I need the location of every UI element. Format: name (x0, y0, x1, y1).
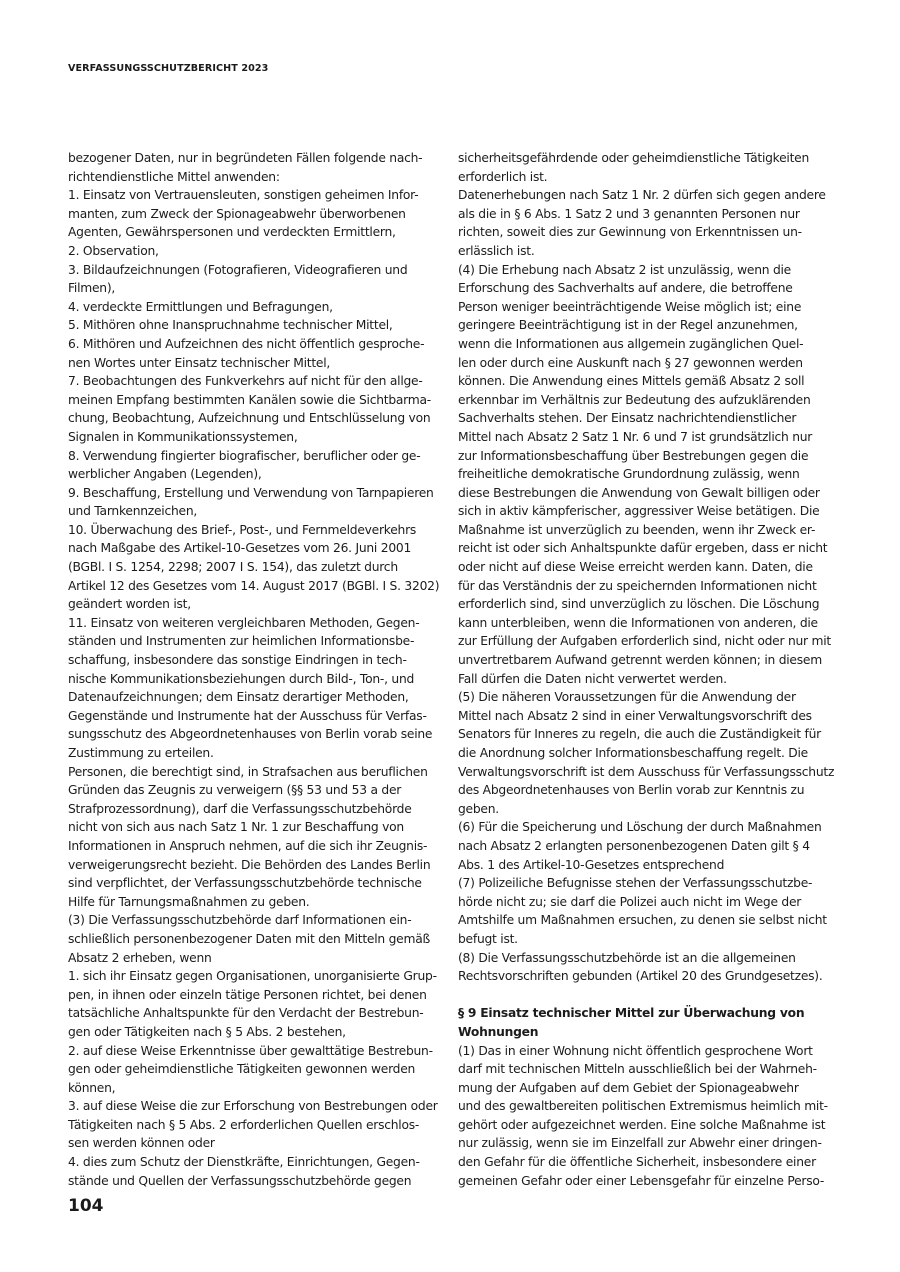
page-number: 104 (68, 1196, 104, 1216)
text-line: zur Erfüllung der Aufgaben erforderlich … (458, 632, 840, 651)
text-line: gen oder geheimdienstliche Tätigkeiten g… (68, 1060, 450, 1079)
text-line: gehört oder aufgezeichnet werden. Eine s… (458, 1116, 840, 1135)
text-line: nische Kommunikationsbeziehungen durch B… (68, 670, 450, 689)
text-line: 5. Mithören ohne Inanspruchnahme technis… (68, 316, 450, 335)
text-line: unvertretbarem Aufwand getrennt werden k… (458, 651, 840, 670)
text-line: richten, soweit dies zur Gewinnung von E… (458, 223, 840, 242)
text-line: Fall dürfen die Daten nicht verwertet we… (458, 670, 840, 689)
text-line: Sachverhalts stehen. Der Einsatz nachric… (458, 409, 840, 428)
text-line: Agenten, Gewährspersonen und verdeckten … (68, 223, 450, 242)
right-column: sicherheitsgefährdende oder geheimdienst… (458, 149, 840, 1190)
text-line: hörde nicht zu; sie darf die Polizei auc… (458, 893, 840, 912)
text-line: meinen Empfang bestimmten Kanälen sowie … (68, 391, 450, 410)
text-line: Datenerhebungen nach Satz 1 Nr. 2 dürfen… (458, 186, 840, 205)
text-line: Senators für Inneres zu regeln, die auch… (458, 725, 840, 744)
text-line: 1. Einsatz von Vertrauensleuten, sonstig… (68, 186, 450, 205)
text-line: Filmen), (68, 279, 450, 298)
section-heading-line: § 9 Einsatz technischer Mittel zur Überw… (458, 1004, 840, 1023)
text-line: Tätigkeiten nach § 5 Abs. 2 erforderlich… (68, 1116, 450, 1135)
text-line: (3) Die Verfassungsschutzbehörde darf In… (68, 911, 450, 930)
text-line: 9. Beschaffung, Erstellung und Verwendun… (68, 484, 450, 503)
text-line: 2. auf diese Weise Erkenntnisse über gew… (68, 1042, 450, 1061)
text-line: des Abgeordnetenhauses von Berlin vorab … (458, 781, 840, 800)
text-line: schaffung, insbesondere das sonstige Ein… (68, 651, 450, 670)
text-line: nen Wortes unter Einsatz technischer Mit… (68, 354, 450, 373)
text-line: 3. Bildaufzeichnungen (Fotografieren, Vi… (68, 261, 450, 280)
section-heading-line: Wohnungen (458, 1023, 840, 1042)
text-line: diese Bestrebungen die Anwendung von Gew… (458, 484, 840, 503)
text-line: Abs. 1 des Artikel-10-Gesetzes entsprech… (458, 856, 840, 875)
text-line: geringere Beeinträchtigung ist in der Re… (458, 316, 840, 335)
text-line: nach Maßgabe des Artikel-10-Gesetzes vom… (68, 539, 450, 558)
text-line: für das Verständnis der zu speichernden … (458, 577, 840, 596)
text-line: Person weniger beeinträchtigende Weise m… (458, 298, 840, 317)
text-line: erforderlich sind, sind unverzüglich zu … (458, 595, 840, 614)
text-line: Strafprozessordnung), darf die Verfassun… (68, 800, 450, 819)
text-line: (7) Polizeiliche Befugnisse stehen der V… (458, 874, 840, 893)
text-line: Signalen in Kommunikationssystemen, (68, 428, 450, 447)
running-header: VERFASSUNGSSCHUTZBERICHT 2023 (68, 63, 268, 74)
text-line: nicht von sich aus nach Satz 1 Nr. 1 zur… (68, 818, 450, 837)
text-line: sich in aktiv kämpferischer, aggressiver… (458, 502, 840, 521)
text-line: richtendienstliche Mittel anwenden: (68, 168, 450, 187)
text-line: chung, Beobachtung, Aufzeichnung und Ent… (68, 409, 450, 428)
text-line: nur zulässig, wenn sie im Einzelfall zur… (458, 1134, 840, 1153)
text-line: Verwaltungsvorschrift ist dem Ausschuss … (458, 763, 840, 782)
text-line: gen oder Tätigkeiten nach § 5 Abs. 2 bes… (68, 1023, 450, 1042)
paragraph-spacer (458, 986, 840, 1005)
text-line: 3. auf diese Weise die zur Erforschung v… (68, 1097, 450, 1116)
text-line: (4) Die Erhebung nach Absatz 2 ist unzul… (458, 261, 840, 280)
left-column: bezogener Daten, nur in begründeten Fäll… (68, 149, 450, 1190)
text-line: und des gewaltbereiten politischen Extre… (458, 1097, 840, 1116)
text-line: bezogener Daten, nur in begründeten Fäll… (68, 149, 450, 168)
text-line: 8. Verwendung fingierter biografischer, … (68, 447, 450, 466)
text-line: (6) Für die Speicherung und Löschung der… (458, 818, 840, 837)
text-line: Erforschung des Sachverhalts auf andere,… (458, 279, 840, 298)
text-line: Rechtsvorschriften gebunden (Artikel 20 … (458, 967, 840, 986)
text-line: Personen, die berechtigt sind, in Strafs… (68, 763, 450, 782)
text-line: Informationen in Anspruch nehmen, auf di… (68, 837, 450, 856)
text-line: 2. Observation, (68, 242, 450, 261)
text-line: 6. Mithören und Aufzeichnen des nicht öf… (68, 335, 450, 354)
text-line: 4. verdeckte Ermittlungen und Befragunge… (68, 298, 450, 317)
text-line: können, (68, 1079, 450, 1098)
text-line: (8) Die Verfassungsschutzbehörde ist an … (458, 949, 840, 968)
text-line: 7. Beobachtungen des Funkverkehrs auf ni… (68, 372, 450, 391)
text-line: manten, zum Zweck der Spionageabwehr übe… (68, 205, 450, 224)
text-line: 11. Einsatz von weiteren vergleichbaren … (68, 614, 450, 633)
text-line: 1. sich ihr Einsatz gegen Organisationen… (68, 967, 450, 986)
text-line: erkennbar im Verhältnis zur Bedeutung de… (458, 391, 840, 410)
text-line: Mittel nach Absatz 2 sind in einer Verwa… (458, 707, 840, 726)
text-line: Maßnahme ist unverzüglich zu beenden, we… (458, 521, 840, 540)
text-line: Datenaufzeichnungen; dem Einsatz derarti… (68, 688, 450, 707)
text-line: reicht ist oder sich Anhaltspunkte dafür… (458, 539, 840, 558)
text-line: Gegenstände und Instrumente hat der Auss… (68, 707, 450, 726)
text-line: (1) Das in einer Wohnung nicht öffentlic… (458, 1042, 840, 1061)
text-line: können. Die Anwendung eines Mittels gemä… (458, 372, 840, 391)
text-line: tatsächliche Anhaltspunkte für den Verda… (68, 1004, 450, 1023)
text-line: Amtshilfe um Maßnahmen ersuchen, zu dene… (458, 911, 840, 930)
text-line: darf mit technischen Mitteln ausschließl… (458, 1060, 840, 1079)
text-line: verweigerungsrecht bezieht. Die Behörden… (68, 856, 450, 875)
text-line: schließlich personenbezogener Daten mit … (68, 930, 450, 949)
text-line: und Tarnkennzeichen, (68, 502, 450, 521)
text-line: die Anordnung solcher Informationsbescha… (458, 744, 840, 763)
text-line: sungsschutz des Abgeordnetenhauses von B… (68, 725, 450, 744)
text-line: mung der Aufgaben auf dem Gebiet der Spi… (458, 1079, 840, 1098)
text-line: erlässlich ist. (458, 242, 840, 261)
text-line: freiheitliche demokratische Grundordnung… (458, 465, 840, 484)
text-line: (BGBl. I S. 1254, 2298; 2007 I S. 154), … (68, 558, 450, 577)
text-line: geändert worden ist, (68, 595, 450, 614)
text-line: erforderlich ist. (458, 168, 840, 187)
text-line: geben. (458, 800, 840, 819)
text-line: 4. dies zum Schutz der Dienstkräfte, Ein… (68, 1153, 450, 1172)
text-line: oder nicht auf diese Weise erreicht werd… (458, 558, 840, 577)
text-line: 10. Überwachung des Brief-, Post-, und F… (68, 521, 450, 540)
text-line: Hilfe für Tarnungsmaßnahmen zu geben. (68, 893, 450, 912)
text-line: pen, in ihnen oder einzeln tätige Person… (68, 986, 450, 1005)
text-line: kann unterbleiben, wenn die Informatione… (458, 614, 840, 633)
text-line: Mittel nach Absatz 2 Satz 1 Nr. 6 und 7 … (458, 428, 840, 447)
text-line: zur Informationsbeschaffung über Bestreb… (458, 447, 840, 466)
text-line: wenn die Informationen aus allgemein zug… (458, 335, 840, 354)
text-line: werblicher Angaben (Legenden), (68, 465, 450, 484)
text-line: Absatz 2 erheben, wenn (68, 949, 450, 968)
text-line: Artikel 12 des Gesetzes vom 14. August 2… (68, 577, 450, 596)
text-line: stände und Quellen der Verfassungsschutz… (68, 1172, 450, 1191)
text-line: ständen und Instrumenten zur heimlichen … (68, 632, 450, 651)
text-line: (5) Die näheren Voraussetzungen für die … (458, 688, 840, 707)
text-line: len oder durch eine Auskunft nach § 27 g… (458, 354, 840, 373)
text-line: Gründen das Zeugnis zu verweigern (§§ 53… (68, 781, 450, 800)
text-line: als die in § 6 Abs. 1 Satz 2 und 3 genan… (458, 205, 840, 224)
text-line: befugt ist. (458, 930, 840, 949)
text-line: Zustimmung zu erteilen. (68, 744, 450, 763)
text-line: gemeinen Gefahr oder einer Lebensgefahr … (458, 1172, 840, 1191)
text-line: den Gefahr für die öffentliche Sicherhei… (458, 1153, 840, 1172)
text-line: sind verpflichtet, der Verfassungsschutz… (68, 874, 450, 893)
text-line: sen werden können oder (68, 1134, 450, 1153)
text-line: nach Absatz 2 erlangten personenbezogene… (458, 837, 840, 856)
text-line: sicherheitsgefährdende oder geheimdienst… (458, 149, 840, 168)
